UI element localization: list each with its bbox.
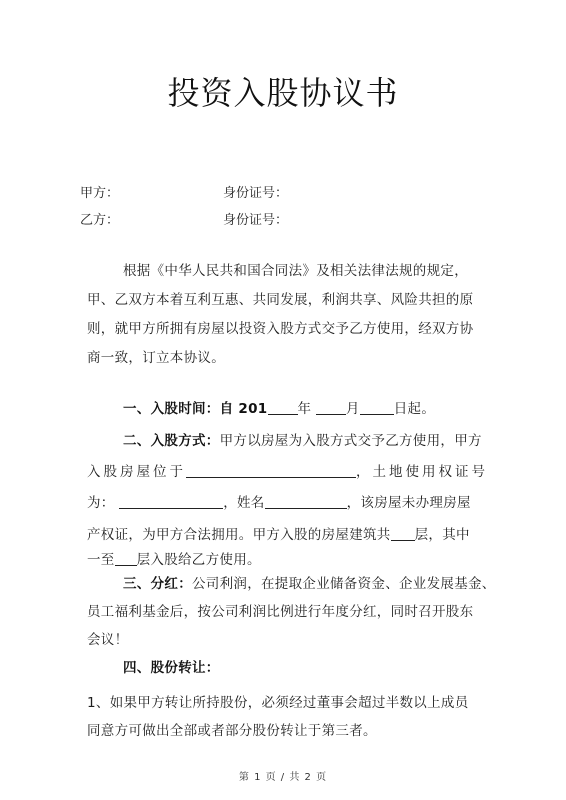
name-blank[interactable] bbox=[265, 494, 347, 509]
party-a-label: 甲方： bbox=[80, 182, 119, 201]
section-2-line-2: 入股房屋位于，土地使用权证号 bbox=[87, 458, 479, 487]
party-b-id-label: 身份证号： bbox=[223, 209, 288, 228]
section-4-item-1-line-2: 同意方可做出全部或者部分股份转让于第三者。 bbox=[87, 717, 479, 746]
day-blank[interactable] bbox=[360, 400, 394, 415]
section-3-heading: 三、分红： bbox=[123, 576, 192, 592]
party-b-label: 乙方： bbox=[80, 209, 119, 228]
preamble-line-2: 甲、乙双方本着互利互惠、共同发展，利润共享、风险共担的原 bbox=[87, 286, 479, 315]
month-blank[interactable] bbox=[316, 400, 346, 415]
section-2-line-3: 为： ，姓名，该房屋未办理房屋 bbox=[87, 489, 479, 518]
name-label: ，姓名 bbox=[223, 495, 264, 511]
day-label: 日起。 bbox=[394, 401, 435, 417]
section-2-line-1: 二、入股方式：甲方以房屋为入股方式交予乙方使用，甲方 bbox=[87, 427, 515, 456]
section-2-text-1: 甲方以房屋为入股方式交予乙方使用，甲方 bbox=[220, 433, 482, 449]
page-indicator: 第 1 页 / 共 2 页 bbox=[0, 768, 566, 783]
document-page: 投资入股协议书 甲方： 身份证号： 乙方： 身份证号： 根据《中华人民共和国合同… bbox=[0, 0, 566, 800]
section-4-heading-line: 四、股份转让： bbox=[87, 654, 515, 683]
section-4-heading: 四、股份转让： bbox=[123, 660, 220, 676]
section-2-text-3: ，该房屋未办理房屋 bbox=[347, 495, 471, 511]
house-location-blank[interactable] bbox=[186, 463, 356, 478]
section-2-text-5: 层入股给乙方使用。 bbox=[137, 552, 261, 568]
section-4-item-1-line-1: 1、如果甲方转让所持股份，必须经过董事会超过半数以上成员 bbox=[87, 689, 479, 718]
section-3-text-1: 公司利润，在提取企业储备资金、企业发展基金、 bbox=[192, 576, 496, 592]
month-label: 月 bbox=[346, 401, 360, 417]
preamble-line-3: 则，就甲方所拥有房屋以投资入股方式交予乙方使用，经双方协 bbox=[87, 315, 479, 344]
party-a-id-label: 身份证号： bbox=[223, 182, 288, 201]
section-2-text-4: 产权证，为甲方合法拥用。甲方入股的房屋建筑共 bbox=[87, 527, 391, 543]
section-3-line-3: 会议！ bbox=[87, 626, 479, 655]
floors-range-prefix: 一至 bbox=[87, 552, 115, 568]
land-cert-blank[interactable] bbox=[119, 494, 223, 509]
total-floors-blank[interactable] bbox=[391, 526, 415, 541]
house-location-label: 入股房屋位于 bbox=[87, 464, 186, 480]
section-1-heading: 一、入股时间： bbox=[123, 401, 220, 417]
land-cert-label: ，土地使用权证号 bbox=[356, 464, 488, 480]
section-1-entry-time: 一、入股时间：自 201年 月日起。 bbox=[87, 395, 515, 424]
document-title: 投资入股协议书 bbox=[0, 68, 566, 114]
section-3-line-2: 员工福利基金后，按公司利润比例进行年度分红，同时召开股东 bbox=[87, 598, 479, 627]
section-1-from: 自 201 bbox=[220, 401, 268, 417]
section-3-line-1: 三、分红：公司利润，在提取企业储备资金、企业发展基金、 bbox=[87, 570, 515, 599]
section-2-heading: 二、入股方式： bbox=[123, 433, 220, 449]
preamble-line-1: 根据《中华人民共和国合同法》及相关法律法规的规定， bbox=[87, 257, 515, 286]
floors-range-blank[interactable] bbox=[115, 551, 137, 566]
land-cert-prefix: 为： bbox=[87, 495, 115, 511]
year-label: 年 bbox=[298, 401, 312, 417]
floors-suffix: 层，其中 bbox=[415, 527, 470, 543]
preamble-line-4: 商一致，订立本协议。 bbox=[87, 344, 479, 373]
year-blank[interactable] bbox=[268, 400, 298, 415]
